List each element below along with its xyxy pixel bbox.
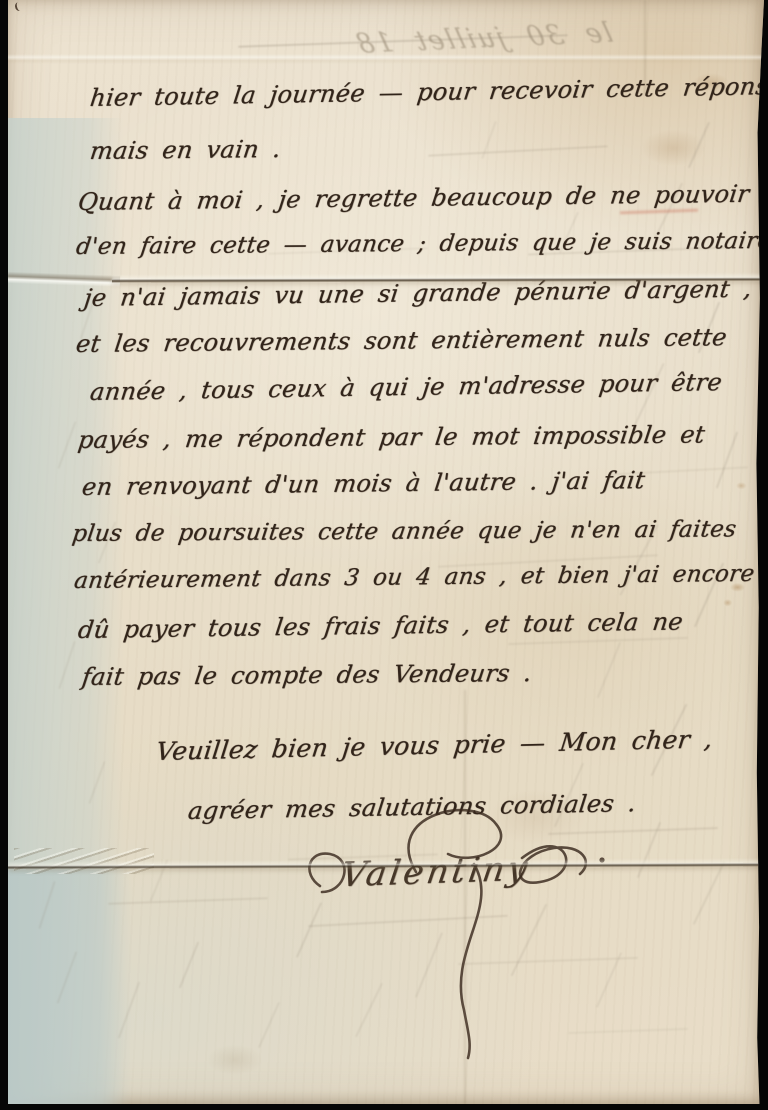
fold-crease-wrinkle — [14, 848, 154, 874]
signature-block: Valentiny — [296, 800, 626, 1060]
letter-line: mais en vain . — [88, 135, 282, 165]
bleed-stroke — [258, 1002, 280, 1048]
ink-corner-mark — [14, 1, 24, 12]
scan-background: le 30 juillet 18 hier toute la journée —… — [0, 0, 768, 1110]
bleed-stroke — [597, 642, 621, 698]
bleed-stroke — [693, 861, 725, 925]
red-ink-smudge — [620, 209, 698, 215]
closing-line-1: Veuillez bien je vous prie — Mon cher , — [155, 724, 715, 766]
letter-line: hier toute la journée — pour recevoir ce… — [89, 72, 764, 112]
signature: Valentiny — [339, 849, 533, 896]
vertical-crease — [464, 690, 466, 1104]
letter-line: dû payer tous les frais faits , et tout … — [76, 608, 684, 644]
letter-line: d'en faire cette — avance ; depuis que j… — [75, 228, 764, 260]
bleed-stroke — [688, 122, 710, 168]
bleed-stroke — [179, 941, 200, 988]
bleed-stroke — [716, 431, 738, 488]
fold-crease-pinch — [8, 266, 120, 292]
letter-line: fait pas le compte des Vendeurs . — [80, 659, 533, 691]
bleed-text-line — [508, 637, 688, 645]
bleed-text-line — [108, 897, 268, 905]
vertical-crease-top — [644, 0, 646, 95]
letter-line: payés , me répondent par le mot impossib… — [76, 421, 706, 454]
letter-line: antérieurement dans 3 ou 4 ans , et bien… — [73, 561, 757, 594]
letter-line: et les recouvrements sont entièrement nu… — [74, 323, 728, 358]
letter-line: plus de poursuites cette année que je n'… — [71, 516, 738, 547]
bleed-text-line — [428, 145, 608, 156]
letter-page: le 30 juillet 18 hier toute la journée —… — [8, 0, 764, 1104]
letter-line: année , tous ceux à qui je m'adresse pou… — [89, 368, 724, 406]
letter-line: en renvoyant d'un mois à l'autre . j'ai … — [80, 466, 646, 501]
signature-flourish-icon — [296, 800, 626, 1060]
